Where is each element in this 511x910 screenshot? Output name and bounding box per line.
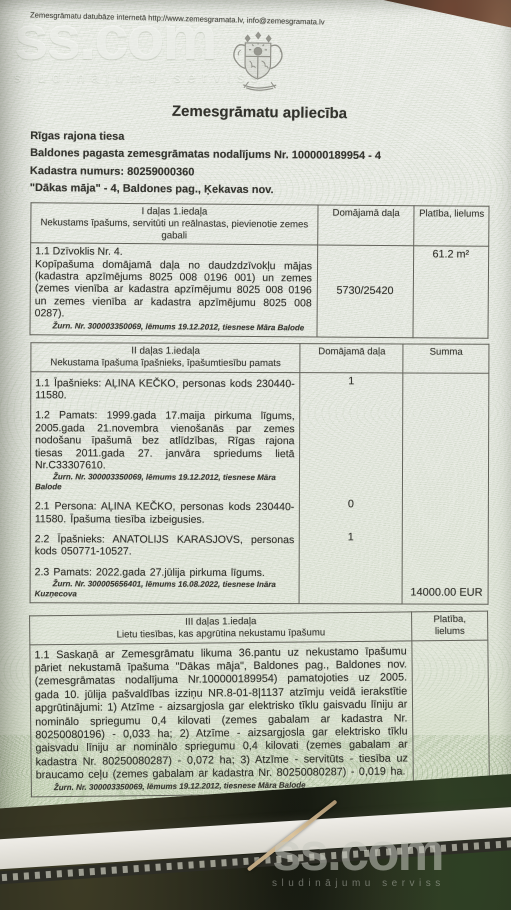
part1-body-row: 1.1 Dzīvoklis Nr. 4. Kopīpašuma domājamā…	[30, 243, 489, 338]
basis-entry: 2.3 Pamats: 2022.gada 27.jūlija pirkuma …	[35, 566, 294, 579]
part3-col-area-line1: Platība,	[415, 614, 484, 626]
part1-ownership-text: Kopīpašuma domājamā daļa no daudzdzīvokļ…	[35, 257, 312, 321]
part3-col-area-line2: lielums	[416, 626, 485, 638]
share-value: 1	[300, 372, 403, 406]
part3-body-cell: 1.1 Saskaņā ar Zemesgrāmatu likuma 36.pa…	[30, 641, 414, 798]
part1-header-cell: I daļas 1.iedaļa Nekustams īpašums, serv…	[31, 202, 318, 245]
basis-entry: 1.2 Pamats: 1999.gada 17.maija pirkuma l…	[35, 410, 295, 473]
part2-header-row: II daļas 1.iedaļa Nekustama īpašuma īpaš…	[31, 343, 489, 373]
certificate-paper: ss.com sludinājumu serviss Zemesgrāmatu …	[0, 0, 511, 860]
part2-header-cell: II daļas 1.iedaļa Nekustama īpašuma īpaš…	[31, 343, 301, 373]
journal-note: Žurn. Nr. 300003350069, lēmums 19.12.201…	[35, 473, 295, 494]
part2-col-share: Domājamā daļa	[300, 344, 403, 373]
part2-row-2-3: 2.3 Pamats: 2022.gada 27.jūlija pirkuma …	[30, 561, 488, 604]
part3-table: III daļas 1.iedaļa Lietu tiesības, kas a…	[29, 611, 490, 798]
photo-scene: ss.com sludinājumu serviss Zemesgrāmatu …	[0, 0, 511, 910]
part2-row-1-1: 1.1 Īpašnieks: AĻINA KEČKO, personas kod…	[31, 371, 489, 406]
encumbrances-text: 1.1 Saskaņā ar Zemesgrāmatu likuma 36.pa…	[34, 645, 408, 783]
registry-database-line: Zemesgrāmatu datubāze internetā http://w…	[30, 10, 489, 30]
part1-apartment-title: 1.1 Dzīvoklis Nr. 4.	[35, 245, 312, 260]
part2-row-2-2: 2.2 Īpašnieks: ANATOLIJS KARASJOVS, pers…	[30, 528, 488, 562]
owner-entry: 2.2 Īpašnieks: ANATOLIJS KARASJOVS, pers…	[35, 533, 295, 559]
ss-com-tagline: sludinājumu serviss	[272, 878, 445, 889]
part2-table: II daļas 1.iedaļa Nekustama īpašuma īpaš…	[30, 342, 490, 605]
part3-section-desc: Lietu tiesības, kas apgrūtina nekustamu …	[33, 627, 408, 643]
coat-of-arms-wrap	[30, 28, 490, 105]
header-block: Rīgas rajona tiesa Baldones pagasta zeme…	[30, 128, 490, 202]
purchase-sum-value: 14000.00 EUR	[402, 562, 488, 604]
part1-body-cell: 1.1 Dzīvoklis Nr. 4. Kopīpašuma domājamā…	[30, 243, 318, 337]
share-value: 1	[300, 529, 403, 562]
part2-col-sum: Summa	[403, 344, 489, 373]
part2-row-1-2: 1.2 Pamats: 1999.gada 17.maija pirkuma l…	[30, 405, 488, 497]
part2-row-2-1: 2.1 Persona: AĻINA KEČKO, personas kods …	[30, 496, 488, 530]
part2-section-label: II daļas 1.iedaļa	[34, 345, 296, 358]
person-entry: 2.1 Persona: AĻINA KEČKO, personas kods …	[35, 501, 295, 527]
document-title: Zemesgrāmatu apliecība	[30, 101, 489, 124]
latvia-coat-of-arms-icon	[221, 30, 298, 97]
part3-journal-note: Žurn. Nr. 300003350069, lēmums 19.12.201…	[36, 780, 408, 794]
part3-col-area: Platība, lielums	[412, 611, 488, 640]
part3-body-row: 1.1 Saskaņā ar Zemesgrāmatu likuma 36.pa…	[30, 640, 490, 798]
share-value: 0	[300, 497, 403, 530]
part1-section-desc: Nekustams īpašums, servitūti un reālnast…	[34, 217, 314, 243]
part1-col-share: Domājamā daļa	[318, 204, 415, 245]
part3-header-cell: III daļas 1.iedaļa Lietu tiesības, kas a…	[30, 612, 413, 645]
part1-area-value: 61.2 m²	[413, 246, 488, 338]
document-content: Zemesgrāmatu datubāze internetā http://w…	[30, 0, 489, 907]
part1-journal-note: Žurn. Nr. 300003350069, lēmums 19.12.201…	[35, 320, 312, 332]
part1-header-row: I daļas 1.iedaļa Nekustams īpašums, serv…	[31, 202, 489, 246]
journal-note: Žurn. Nr. 300005656401, lēmums 16.08.202…	[35, 579, 295, 600]
page-label: Lapa	[30, 888, 489, 910]
part1-table: I daļas 1.iedaļa Nekustams īpašums, serv…	[29, 202, 489, 338]
part2-section-desc: Nekustama īpašuma īpašnieks, īpašumtiesī…	[34, 357, 296, 370]
part1-share-value: 5730/25420	[317, 245, 414, 337]
part1-col-area: Platība, lielums	[414, 205, 489, 246]
owner-entry: 1.1 Īpašnieks: AĻINA KEČKO, personas kod…	[35, 377, 295, 403]
property-address: "Dākas māja" - 4, Baldones pag., Ķekavas…	[30, 180, 489, 201]
